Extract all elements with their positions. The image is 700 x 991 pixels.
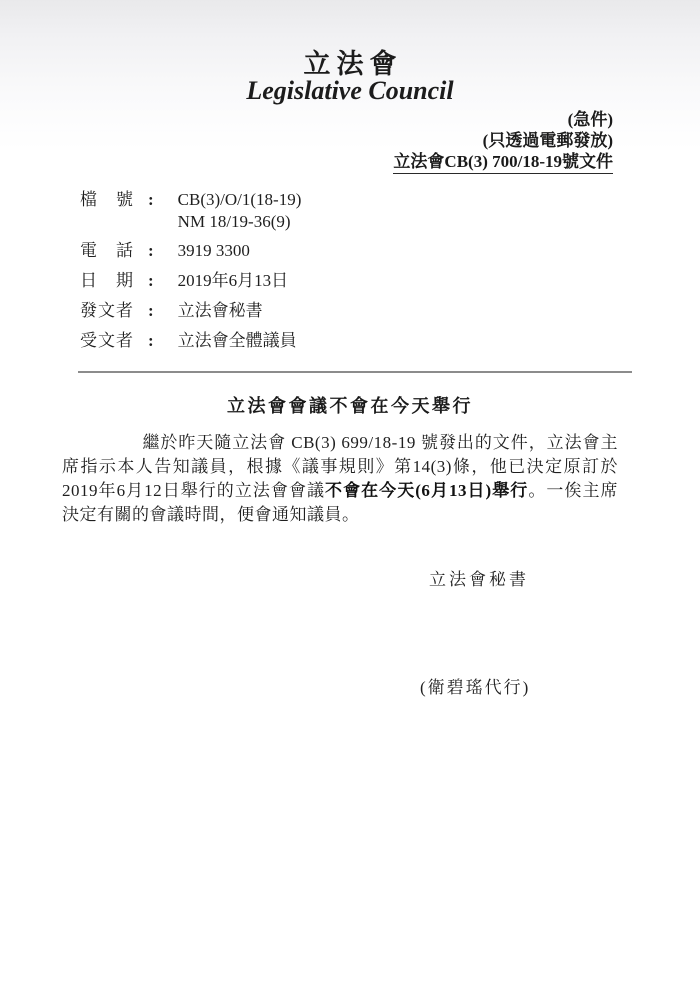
info-colon: : <box>148 270 154 292</box>
info-label: 日 期 <box>80 270 138 292</box>
info-label: 受文者 <box>80 330 138 352</box>
paper-number-text: 立法會CB(3) 700/18-19號文件 <box>393 151 613 174</box>
distribution-note: (只透過電郵發放) <box>393 130 613 151</box>
signed-on-behalf: (衛碧瑤代行) <box>420 673 530 698</box>
header-corner-block: (急件) (只透過電郵發放) 立法會CB(3) 700/18-19號文件 <box>393 109 613 174</box>
paper-number: 立法會CB(3) 700/18-19號文件 <box>393 151 613 174</box>
letter-body: 繼於昨天隨立法會 CB(3) 699/18-19 號發出的文件，立法會主席指示本… <box>62 431 618 527</box>
info-value: 2019年6月13日 <box>178 270 289 292</box>
document-page: 立法會 Legislative Council (急件) (只透過電郵發放) 立… <box>0 0 700 991</box>
horizontal-divider <box>78 371 632 373</box>
info-row-from: 發文者 : 立法會秘書 <box>80 300 301 322</box>
info-colon: : <box>148 300 154 322</box>
info-value: 3919 3300 <box>178 240 250 262</box>
info-label: 檔 號 <box>80 189 138 233</box>
signature-title: 立法會秘書 <box>429 565 529 590</box>
urgency-note: (急件) <box>393 109 613 130</box>
letter-heading: 立法會會議不會在今天舉行 <box>0 392 700 418</box>
info-label: 電 話 <box>80 240 138 262</box>
body-text-bold: 不會在今天(6月13日)舉行 <box>325 481 528 500</box>
info-value: 立法會秘書 <box>178 300 263 322</box>
info-colon: : <box>148 189 154 233</box>
file-number-line-2: NM 18/19-36(9) <box>178 211 302 233</box>
info-colon: : <box>148 330 154 352</box>
info-row-date: 日 期 : 2019年6月13日 <box>80 270 301 292</box>
page-title-english: Legislative Council <box>0 76 700 106</box>
file-number-line-1: CB(3)/O/1(18-19) <box>178 190 302 209</box>
info-colon: : <box>148 240 154 262</box>
info-row-to: 受文者 : 立法會全體議員 <box>80 330 301 352</box>
info-value: 立法會全體議員 <box>178 330 297 352</box>
info-value: CB(3)/O/1(18-19) NM 18/19-36(9) <box>178 189 302 233</box>
info-row-file-number: 檔 號 : CB(3)/O/1(18-19) NM 18/19-36(9) <box>80 189 301 233</box>
letter-info-block: 檔 號 : CB(3)/O/1(18-19) NM 18/19-36(9) 電 … <box>80 189 301 360</box>
info-label: 發文者 <box>80 300 138 322</box>
info-row-telephone: 電 話 : 3919 3300 <box>80 240 301 262</box>
